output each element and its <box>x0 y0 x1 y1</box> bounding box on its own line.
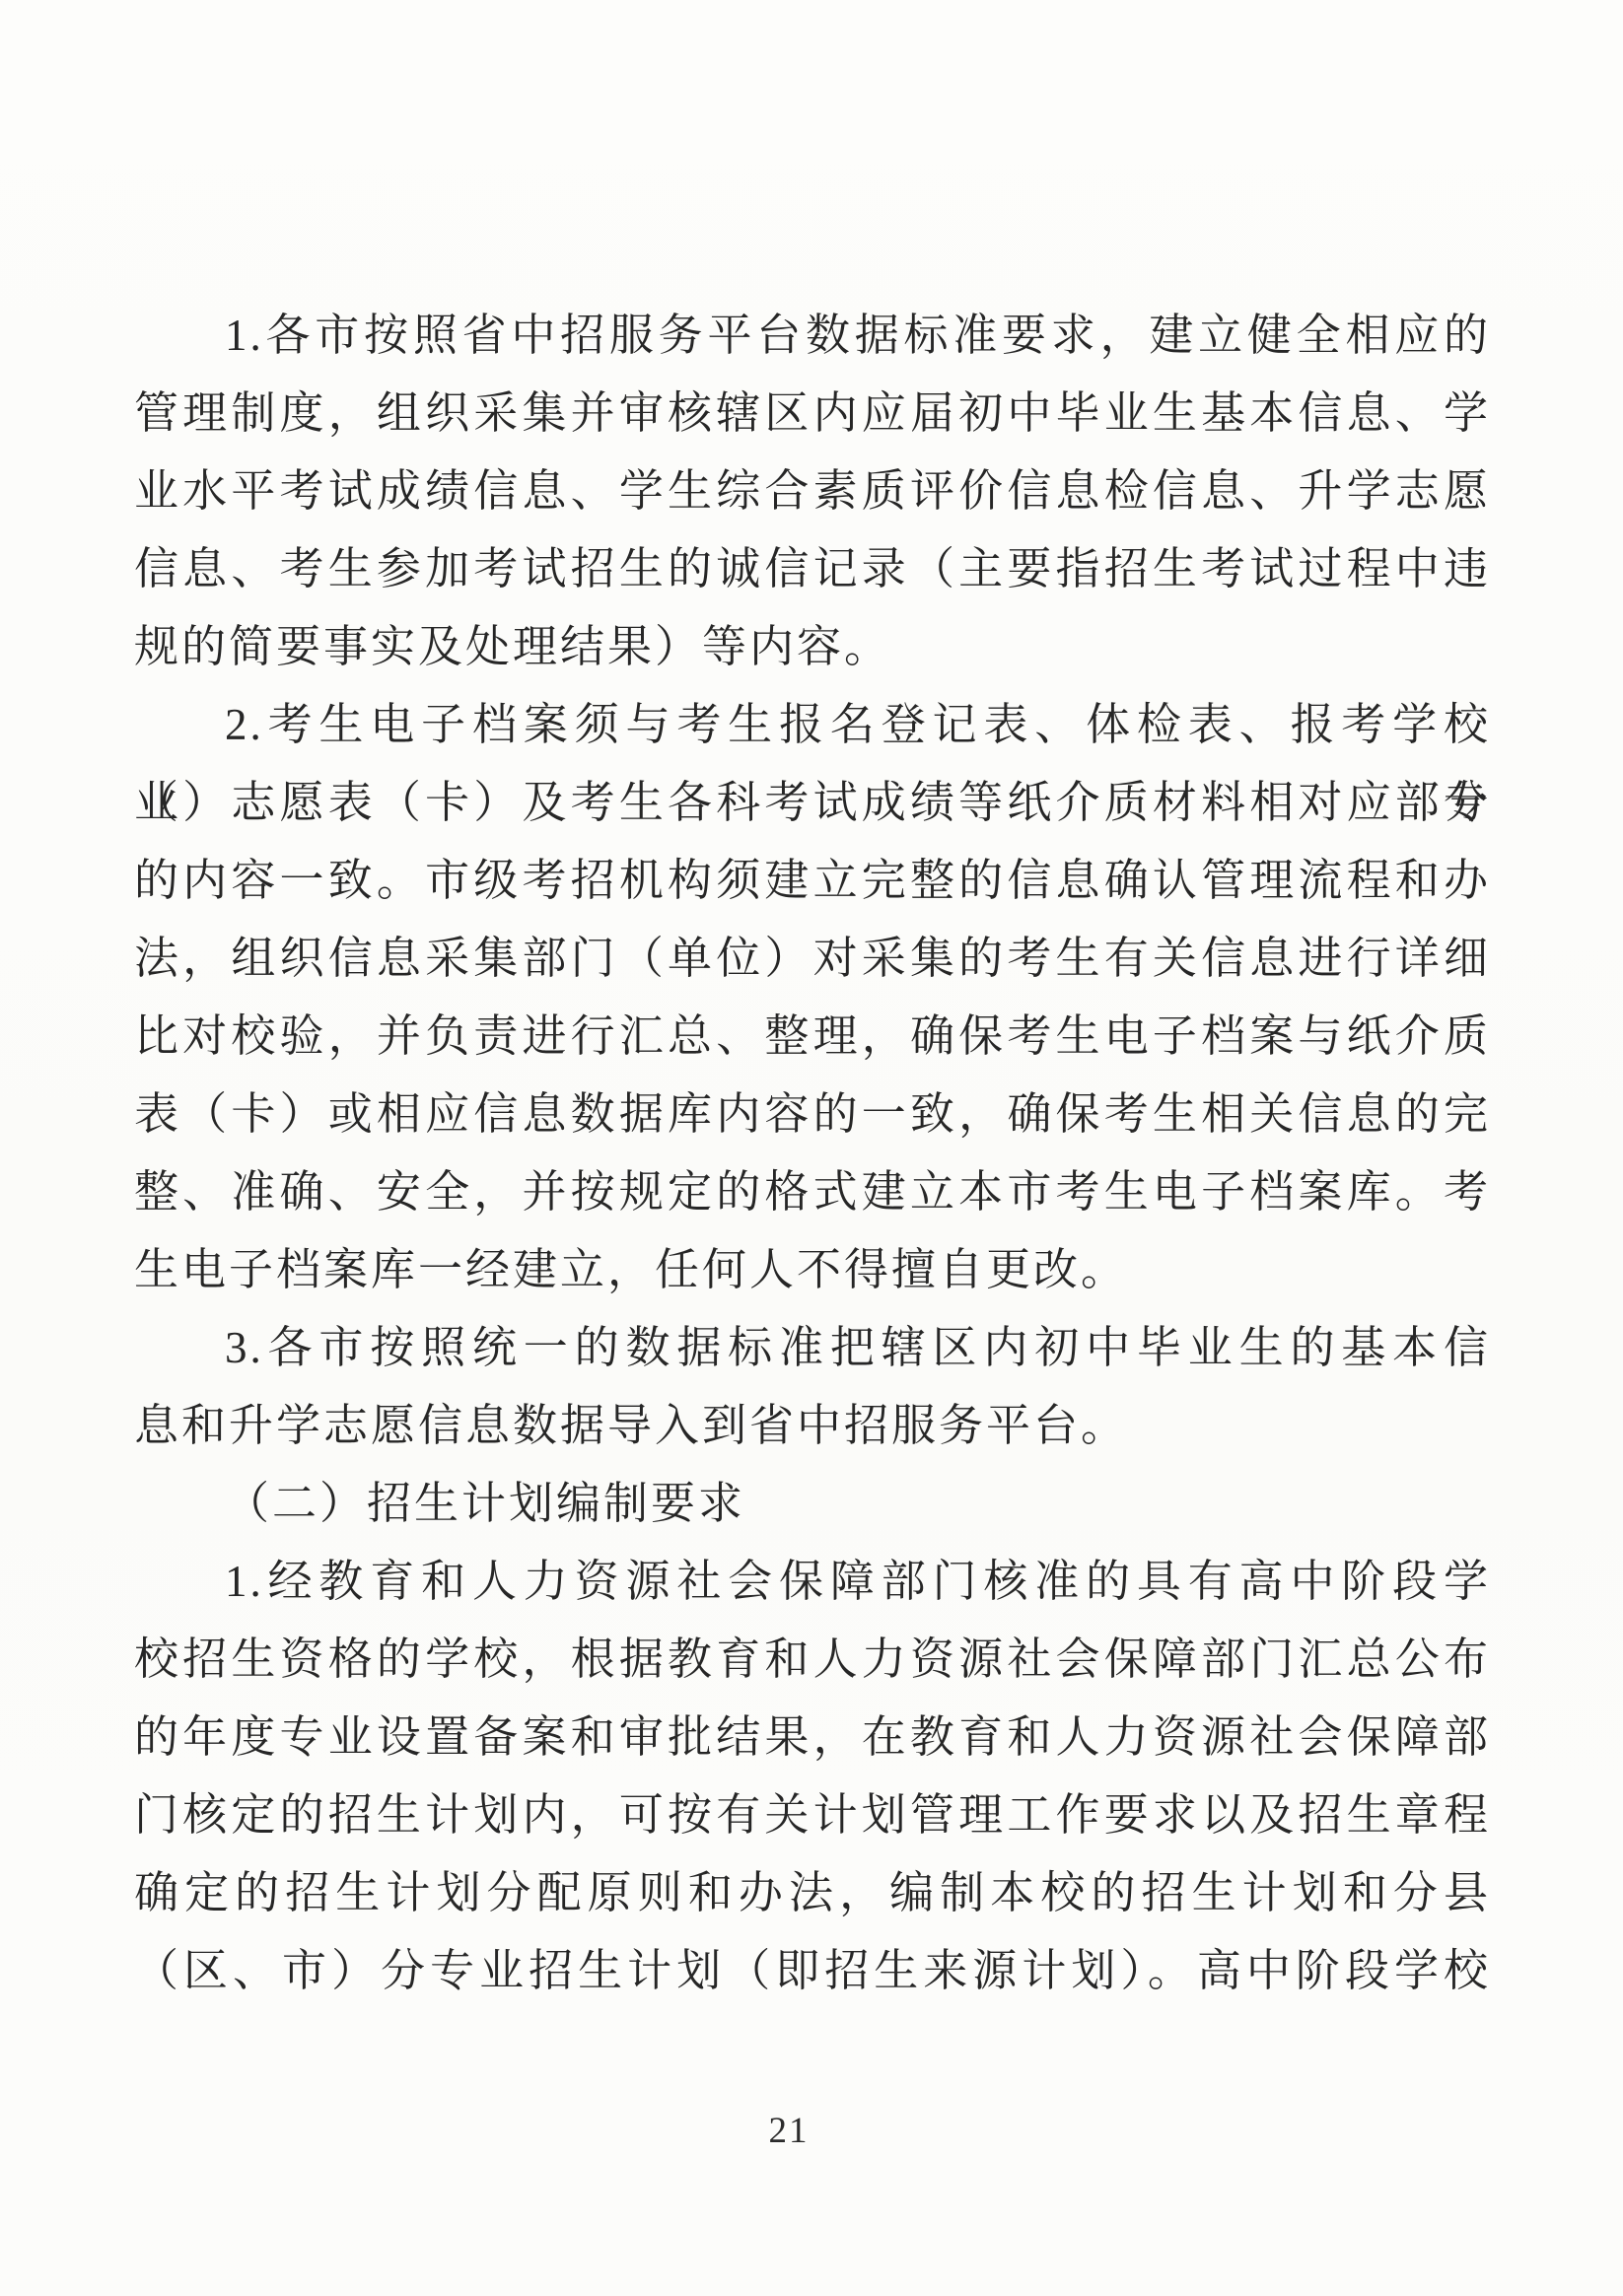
text-line: 整、准确、安全，并按规定的格式建立本市考生电子档案库。考 <box>134 1153 1491 1231</box>
text-line: 表（卡）或相应信息数据库内容的一致，确保考生相关信息的完 <box>134 1076 1491 1153</box>
text-line: 生电子档案库一经建立，任何人不得擅自更改。 <box>134 1231 1491 1309</box>
body-text: 1.各市按照省中招服务平台数据标准要求，建立健全相应的 管理制度，组织采集并审核… <box>134 297 1491 2010</box>
text-line: 信息、考生参加考试招生的诚信记录（主要指招生考试过程中违 <box>134 530 1491 608</box>
text-line: 1.经教育和人力资源社会保障部门核准的具有高中阶段学 <box>134 1543 1491 1621</box>
text-line: 3.各市按照统一的数据标准把辖区内初中毕业生的基本信 <box>134 1309 1491 1387</box>
text-line: 管理制度，组织采集并审核辖区内应届初中毕业生基本信息、学 <box>134 375 1491 452</box>
section-heading: （二）招生计划编制要求 <box>134 1465 1491 1543</box>
text-line: 门核定的招生计划内，可按有关计划管理工作要求以及招生章程 <box>134 1776 1491 1854</box>
text-line: 规的简要事实及处理结果）等内容。 <box>134 608 1491 686</box>
text-line: 1.各市按照省中招服务平台数据标准要求，建立健全相应的 <box>134 297 1491 375</box>
document-page: 1.各市按照省中招服务平台数据标准要求，建立健全相应的 管理制度，组织采集并审核… <box>0 0 1623 2296</box>
text-line: 业水平考试成绩信息、学生综合素质评价信息检信息、升学志愿 <box>134 452 1491 530</box>
text-line: 校招生资格的学校，根据教育和人力资源社会保障部门汇总公布 <box>134 1621 1491 1699</box>
page-number: 21 <box>0 2110 1578 2152</box>
text-line: 2.考生电子档案须与考生报名登记表、体检表、报考学校（专 <box>134 686 1491 764</box>
text-line: 确定的招生计划分配原则和办法，编制本校的招生计划和分县 <box>134 1854 1491 1932</box>
text-line: 法，组织信息采集部门（单位）对采集的考生有关信息进行详细 <box>134 920 1491 998</box>
text-line: 业）志愿表（卡）及考生各科考试成绩等纸介质材料相对应部分 <box>134 764 1491 842</box>
text-line: 的内容一致。市级考招机构须建立完整的信息确认管理流程和办 <box>134 842 1491 920</box>
text-line: 的年度专业设置备案和审批结果，在教育和人力资源社会保障部 <box>134 1699 1491 1776</box>
text-line: （区、市）分专业招生计划（即招生来源计划）。高中阶段学校 <box>134 1932 1491 2010</box>
text-line: 比对校验，并负责进行汇总、整理，确保考生电子档案与纸介质 <box>134 998 1491 1076</box>
text-line: 息和升学志愿信息数据导入到省中招服务平台。 <box>134 1387 1491 1465</box>
